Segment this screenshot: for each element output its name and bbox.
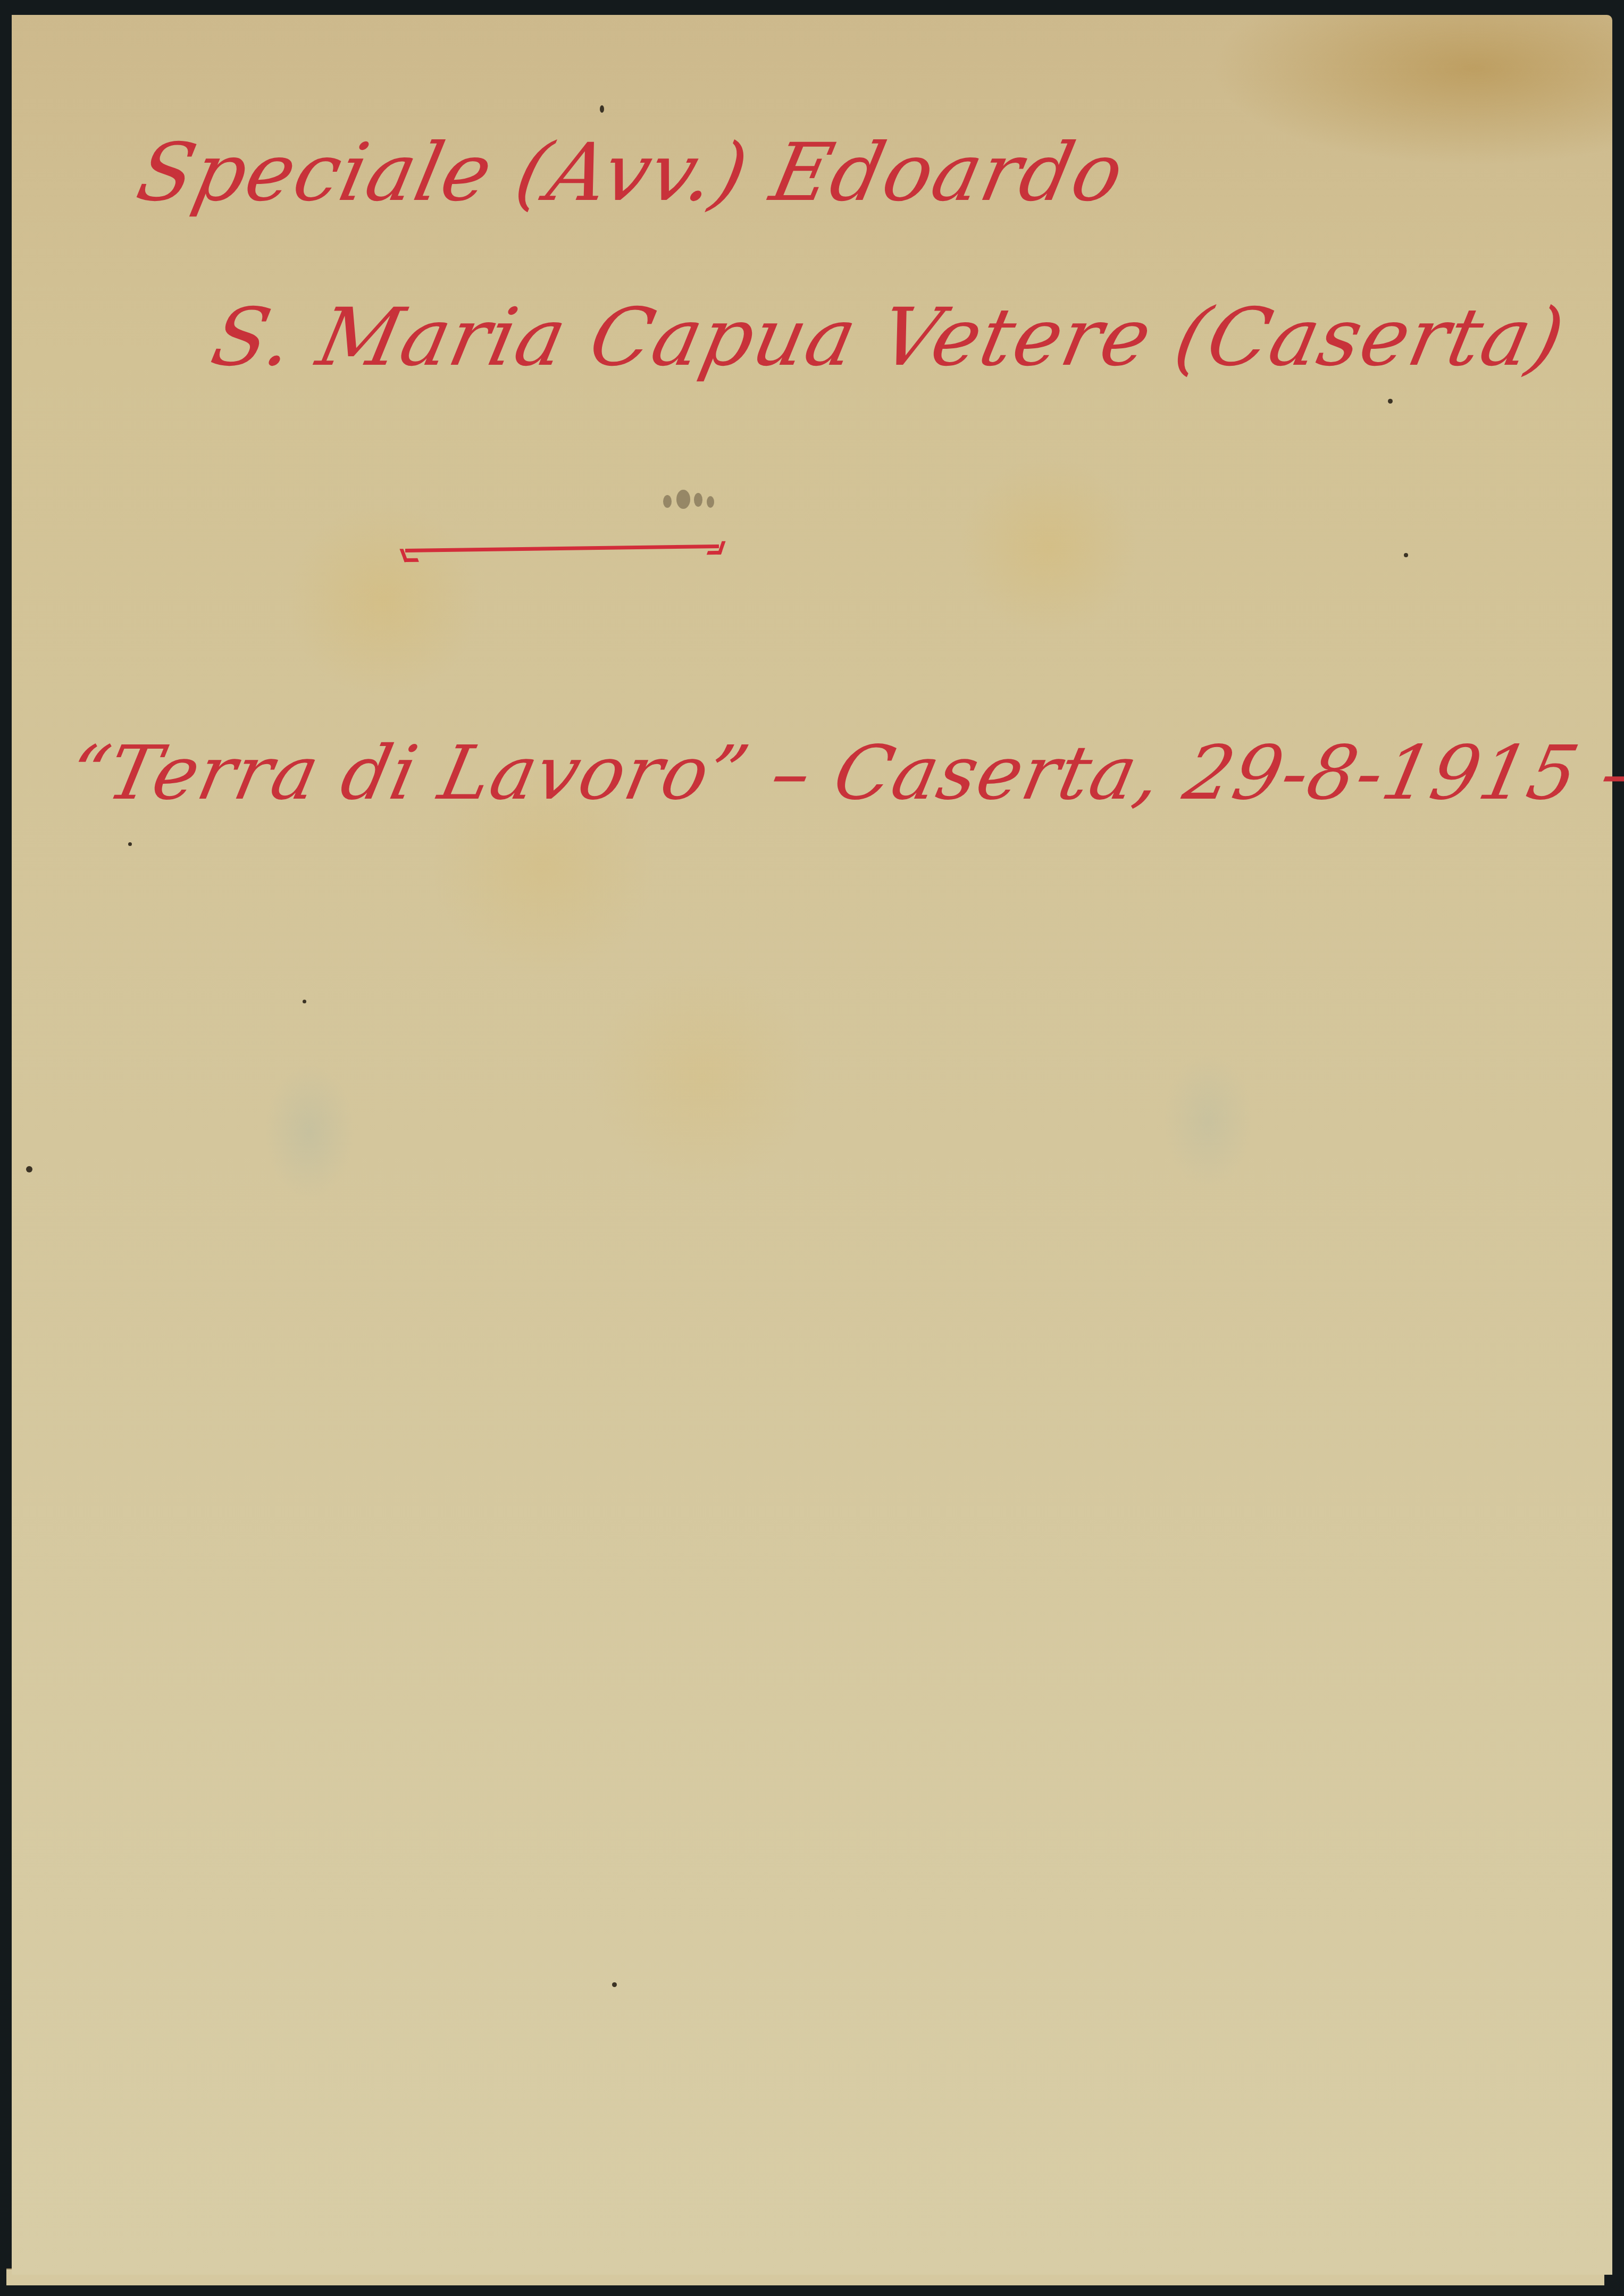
handwritten-name-line: Speciale (Avv.) Edoardo [130, 127, 1133, 219]
paper-speck [303, 1000, 306, 1003]
red-divider-line [405, 544, 719, 552]
paper-speck [128, 842, 132, 846]
document-page: Speciale (Avv.) Edoardo S. Maria Capua V… [12, 15, 1612, 2275]
paper-speck [1404, 553, 1408, 557]
paper-speck [600, 105, 604, 113]
paper-speck [26, 1166, 32, 1172]
handwritten-source-line: “Terra di Lavoro” – Caserta, 29-8-1915 – [61, 730, 1624, 817]
paper-speck [612, 1982, 617, 1987]
handwritten-place-line: S. Maria Capua Vetere (Caserta) [204, 291, 1573, 384]
paper-speck [1388, 399, 1393, 404]
ink-smudge [652, 490, 722, 514]
